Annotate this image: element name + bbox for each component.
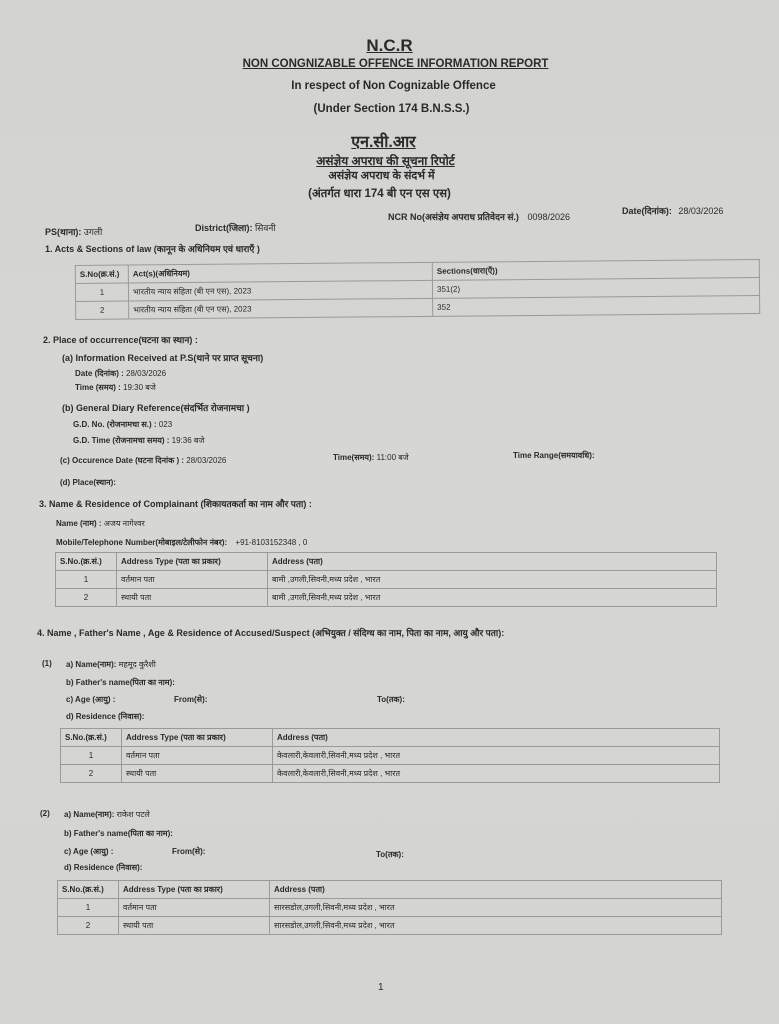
accused-2-address-header: S.No.(क्र.सं.) Address Type (पता का प्रक…: [58, 881, 722, 899]
doc-title: NON CONGNIZABLE OFFENCE INFORMATION REPO…: [6, 58, 779, 70]
ncr-value: 0098/2026: [527, 212, 570, 222]
date-value: 28/03/2026: [678, 206, 723, 216]
doc-subtitle-hindi: असंज्ञेय अपराध के संदर्भ में: [0, 168, 771, 183]
ps-value: उगली: [84, 227, 102, 237]
occurrence-time: Time(समय): 11:00 बजे: [333, 452, 409, 463]
place: (d) Place(स्थान):: [60, 477, 116, 488]
ncr-number: NCR No(असंज्ञेय अपराध प्रतिवेदन सं.) 009…: [388, 210, 570, 223]
info-received-heading: (a) Information Received at P.S(थाने पर …: [62, 351, 263, 364]
table-row: 2 स्थायी पता बामी ,उगली,सिवनी,मध्य प्रदे…: [56, 589, 717, 607]
occurrence-heading: 2. Place of occurrence(घटना का स्थान) :: [43, 333, 198, 346]
doc-subtitle: In respect of Non Cognizable Offence: [4, 80, 779, 92]
accused-2-residence: d) Residence (निवास):: [64, 862, 142, 873]
info-date: Date (दिनांक) : 28/03/2026: [75, 368, 166, 379]
ncr-label: NCR No(असंज्ञेय अपराध प्रतिवेदन सं.): [388, 212, 519, 222]
table-row: 1 वर्तमान पता सारसडोल,उगली,सिवनी,मध्य प्…: [58, 899, 722, 917]
accused-1-father: b) Father's name(पिता का नाम):: [66, 677, 175, 688]
ps-label: PS(थाना):: [45, 227, 81, 237]
date-label: Date(दिनांक):: [622, 206, 672, 216]
gd-reference-heading: (b) General Diary Reference(संदर्भित रोज…: [62, 401, 250, 414]
doc-abbr-hindi: एन.सी.आर: [0, 130, 773, 152]
complainant-mobile: Mobile/Telephone Number(मोबाइल/टेलीफोन न…: [56, 537, 307, 548]
accused-2-address-table: S.No.(क्र.सं.) Address Type (पता का प्रक…: [57, 880, 722, 935]
table-row: 1 वर्तमान पता केवलारी,केवलारी,सिवनी,मध्य…: [61, 747, 720, 765]
accused-1-name: a) Name(नाम): महमूद कुरैशी: [66, 659, 156, 670]
doc-abbr: N.C.R: [0, 36, 779, 56]
accused-1-age-to: To(तक):: [377, 694, 405, 705]
occurrence-date: (c) Occurence Date (घटना दिनांक ) : 28/0…: [60, 455, 226, 466]
time-range: Time Range(समयावधि):: [513, 450, 595, 461]
accused-2-age: c) Age (आयु) :: [64, 846, 113, 857]
accused-1-age-from: From(से):: [174, 694, 207, 705]
police-station: PS(थाना): उगली: [45, 225, 102, 238]
complainant-address-table: S.No.(क्र.सं.) Address Type (पता का प्रक…: [55, 552, 717, 607]
doc-section: (Under Section 174 B.N.S.S.): [2, 103, 779, 115]
district-value: सिवनी: [255, 223, 276, 233]
acts-heading: 1. Acts & Sections of law (कानून के अधिन…: [45, 242, 260, 255]
page-number: 1: [378, 982, 384, 993]
table-row: 1 वर्तमान पता बामी ,उगली,सिवनी,मध्य प्रद…: [56, 571, 717, 589]
gd-time: G.D. Time (रोजनामचा समय) : 19:36 बजे: [73, 435, 204, 446]
accused-2-age-to: To(तक):: [376, 849, 404, 860]
complainant-address-header: S.No.(क्र.सं.) Address Type (पता का प्रक…: [56, 553, 717, 571]
report-date: Date(दिनांक): 28/03/2026: [622, 204, 723, 217]
table-row: 2 स्थायी पता केवलारी,केवलारी,सिवनी,मध्य …: [61, 765, 720, 783]
accused-1-address-header: S.No.(क्र.सं.) Address Type (पता का प्रक…: [61, 729, 720, 747]
accused-1-age: c) Age (आयु) :: [66, 694, 115, 705]
accused-2-name: a) Name(नाम): राकेश पटले: [64, 809, 150, 820]
accused-1-address-table: S.No.(क्र.सं.) Address Type (पता का प्रक…: [60, 728, 720, 783]
accused-2-age-from: From(से):: [172, 846, 205, 857]
complainant-name: Name (नाम) : अजय नागेश्वर: [56, 518, 145, 529]
accused-1-index: (1): [42, 659, 52, 668]
table-row: 2 स्थायी पता सारसडोल,उगली,सिवनी,मध्य प्र…: [58, 917, 722, 935]
doc-section-hindi: (अंतर्गत धारा 174 बी एन एस एस): [0, 186, 769, 201]
ncr-document-page: N.C.R NON CONGNIZABLE OFFENCE INFORMATIO…: [0, 0, 779, 1024]
district: District(जिला): सिवनी: [195, 221, 276, 234]
doc-title-hindi: असंज्ञेय अपराध की सूचना रिपोर्ट: [0, 152, 775, 169]
district-label: District(जिला):: [195, 223, 252, 233]
gd-number: G.D. No. (रोजनामचा स.) : 023: [73, 419, 172, 430]
accused-heading: 4. Name , Father's Name , Age & Residenc…: [37, 626, 504, 639]
accused-1-residence: d) Residence (निवास):: [66, 711, 144, 722]
accused-2-father: b) Father's name(पिता का नाम):: [64, 828, 173, 839]
complainant-heading: 3. Name & Residence of Complainant (शिका…: [39, 497, 312, 510]
acts-table: S.No(क्र.सं.) Act(s)(अधिनियम) Sections(ध…: [75, 259, 760, 320]
info-time: Time (समय) : 19:30 बजे: [75, 382, 156, 393]
accused-2-index: (2): [40, 809, 50, 818]
